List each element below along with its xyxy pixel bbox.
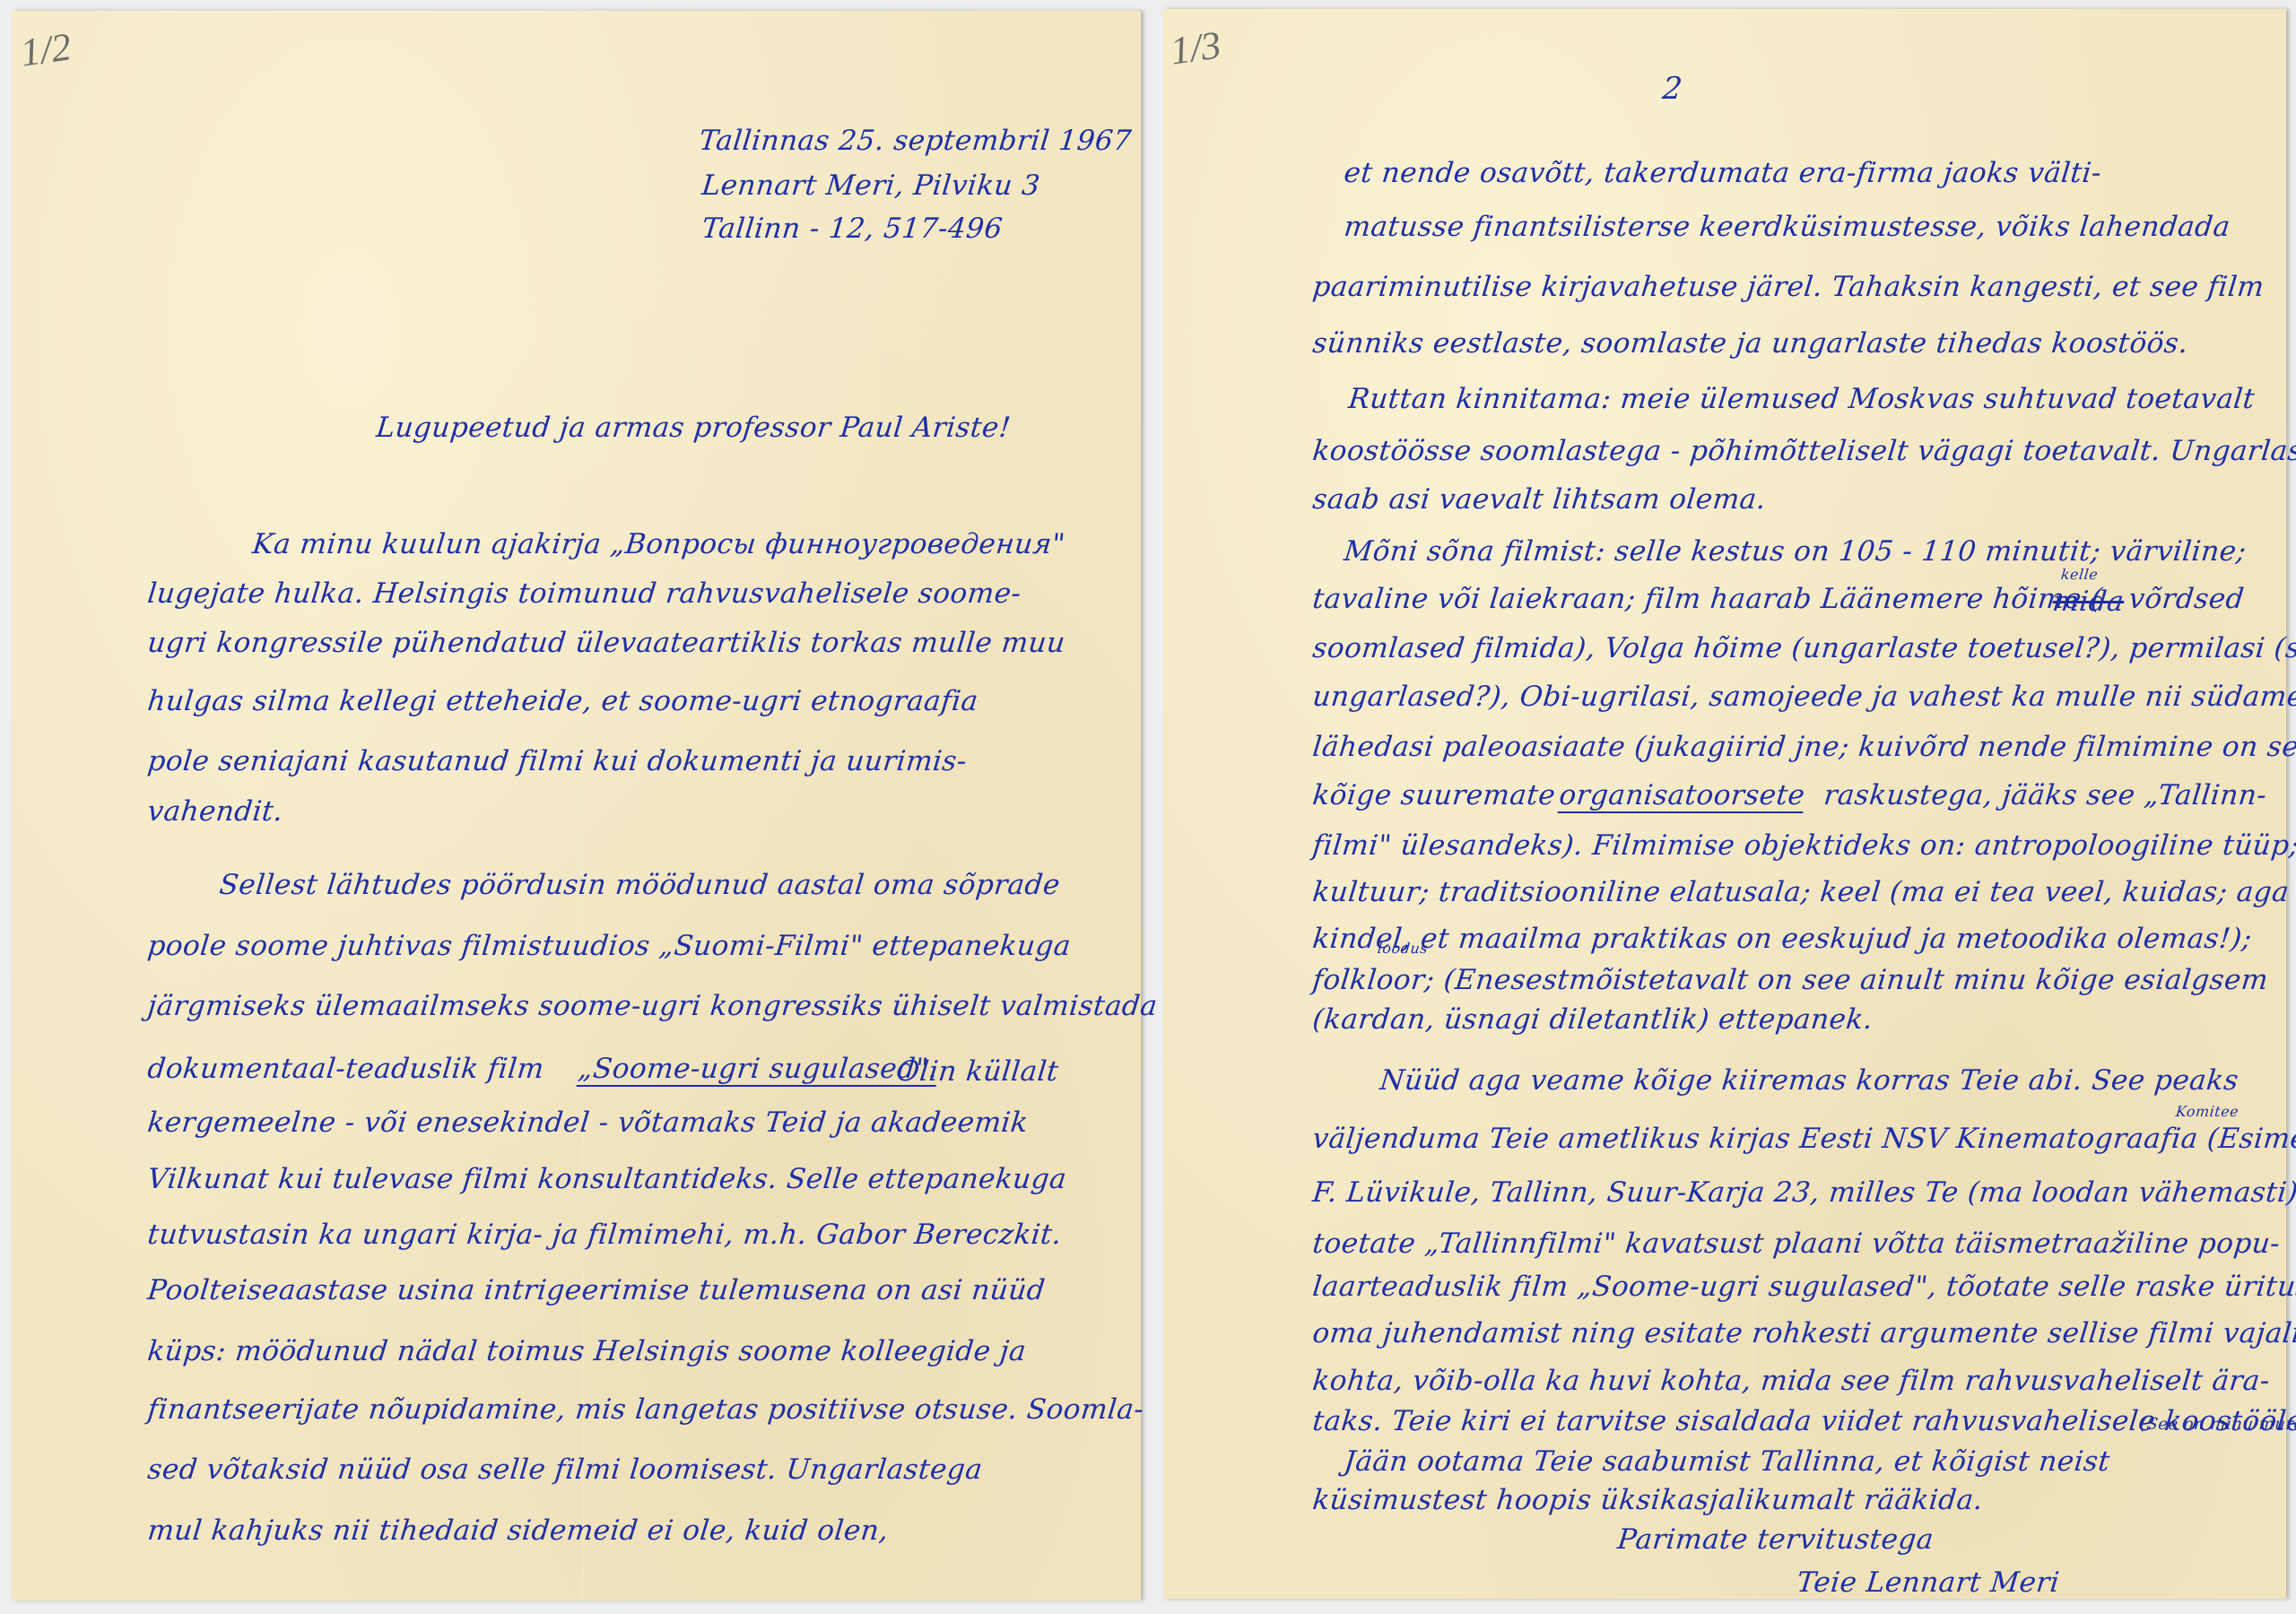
body-line: küps: möödunud nädal toimus Helsingis so… <box>146 1338 1028 1366</box>
body-line: võrdsed <box>2127 586 2246 613</box>
body-line: et nende osavõtt, takerdumata era-firma … <box>1343 160 2103 187</box>
body-line: soomlased filmida), Volga hõime (ungarla… <box>1311 635 2296 663</box>
body-line: Ruttan kinnitama: meie ülemused Moskvas … <box>1347 386 2256 413</box>
body-line: pole seniajani kasutanud filmi kui dokum… <box>146 748 969 776</box>
body-line: Mõni sõna filmist: selle kestus on 105 -… <box>1343 538 2248 566</box>
body-line: Jään ootama Teie saabumist Tallinna, et … <box>1343 1448 2111 1476</box>
body-line: folkloor; (Enesestmõistetavalt on see ai… <box>1311 967 2270 994</box>
body-line: saab asi vaevalt lihtsam olema. <box>1311 486 1768 514</box>
header-date-place: Tallinnas 25. septembril 1967 <box>698 127 1133 155</box>
signature: Teie Lennart Meri <box>1796 1569 2061 1597</box>
header-sender-address: Lennart Meri, Pilviku 3 <box>700 172 1041 200</box>
body-line: laarteaduslik film „Soome-ugri sugulased… <box>1311 1273 2296 1301</box>
parenthetical-note: (See on minu mure!) <box>2139 1417 2296 1433</box>
body-line: koostöösse soomlastega - põhimõtteliselt… <box>1311 438 2296 465</box>
salutation: Lugupeetud ja armas professor Paul Arist… <box>375 414 1012 442</box>
body-line: lähedasi paleoasiaate (jukagiirid jne; k… <box>1311 733 2296 761</box>
body-line: kergemeelne - või enesekindel - võtamaks… <box>146 1109 1030 1137</box>
body-line: Poolteiseaastase usina intrigeerimise tu… <box>146 1277 1047 1305</box>
body-line: Olin küllalt <box>895 1058 1060 1086</box>
body-line: toetate „Tallinnfilmi" kavatsust plaani … <box>1311 1230 2282 1258</box>
header-city-phone: Tallinn - 12, 517-496 <box>700 215 1004 243</box>
body-line: filmi" ülesandeks). Filmimise objektidek… <box>1311 832 2296 860</box>
body-line: sünniks eestlaste, soomlaste ja ungarlas… <box>1311 330 2189 358</box>
body-line: raskustega, jääks see „Tallinn- <box>1822 782 2268 810</box>
body-line: tavaline või laiekraan; film haarab Lään… <box>1311 586 2103 613</box>
body-line: F. Lüvikule, Tallinn, Suur-Karja 23, mil… <box>1311 1179 2296 1207</box>
body-line: kõige suuremate <box>1311 782 1557 810</box>
insertion-above: kelle <box>2060 568 2099 582</box>
body-line: kindel, et maailma praktikas on eeskujud… <box>1311 925 2253 953</box>
letter-page-1: 1/2 Tallinnas 25. septembril 1967 Lennar… <box>12 11 1141 1601</box>
closing: Parimate tervitustega <box>1616 1526 1935 1554</box>
body-line: lugejate hulka. Helsingis toimunud rahvu… <box>146 580 1022 608</box>
body-line: ungarlased?), Obi-ugrilasi, samojeede ja… <box>1311 683 2296 711</box>
body-line: oma juhendamist ning esitate rohkesti ar… <box>1311 1320 2296 1348</box>
insertion-above: Komitee <box>2175 1105 2239 1119</box>
body-line: (kardan, üsnagi diletantlik) ettepanek. <box>1311 1006 1874 1034</box>
body-line: dokumentaal-teaduslik film <box>146 1055 545 1083</box>
body-line: Nüüd aga veame kõige kiiremas korras Tei… <box>1378 1067 2240 1095</box>
letter-page-2: 1/3 2 et nende osavõtt, takerdumata era-… <box>1163 9 2286 1599</box>
body-line: hulgas silma kellegi etteheide, et soome… <box>146 688 979 716</box>
archive-mark: 1/3 <box>1168 22 1224 74</box>
body-line: kultuur; traditsiooniline elatusala; kee… <box>1311 879 2296 907</box>
insertion-above: loodus <box>1377 941 1429 956</box>
body-line: kohta, võib-olla ka huvi kohta, mida see… <box>1311 1367 2271 1395</box>
body-line: matusse finantsilisterse keerdküsimustes… <box>1343 213 2231 241</box>
body-line: küsimustest hoopis üksikasjalikumalt rää… <box>1311 1487 1985 1514</box>
body-line: paariminutilise kirjavahetuse järel. Tah… <box>1311 273 2266 301</box>
body-line: poole soome juhtivas filmistuudios „Suom… <box>146 933 1072 960</box>
body-line: väljenduma Teie ametlikus kirjas Eesti N… <box>1311 1125 2296 1153</box>
body-line: ugri kongressile pühendatud ülevaatearti… <box>146 629 1066 657</box>
body-line: Vilkunat kui tulevase filmi konsultantid… <box>146 1166 1068 1193</box>
underlined-word: organisatoorsete <box>1558 782 1806 810</box>
body-line: finantseerijate nõupidamine, mis langeta… <box>146 1396 1145 1424</box>
film-title-underlined: „Soome-ugri sugulased". <box>577 1055 939 1083</box>
body-line: sed võtaksid nüüd osa selle filmi loomis… <box>146 1456 984 1484</box>
body-line: tutvustasin ka ungari kirja- ja filmimeh… <box>146 1221 1063 1249</box>
body-line: mul kahjuks nii tihedaid sidemeid ei ole… <box>146 1517 890 1545</box>
archive-mark: 1/2 <box>18 23 74 75</box>
struck-word: mida <box>2051 588 2126 616</box>
body-line: Sellest lähtudes pöördusin möödunud aast… <box>218 872 1061 899</box>
page-number: 2 <box>1661 74 1684 104</box>
body-line: vahendit. <box>146 798 284 826</box>
body-line: Ka minu kuulun ajakirja „Вопросы финноуг… <box>251 531 1066 559</box>
body-line: järgmiseks ülemaailmseks soome-ugri kong… <box>146 993 1159 1020</box>
